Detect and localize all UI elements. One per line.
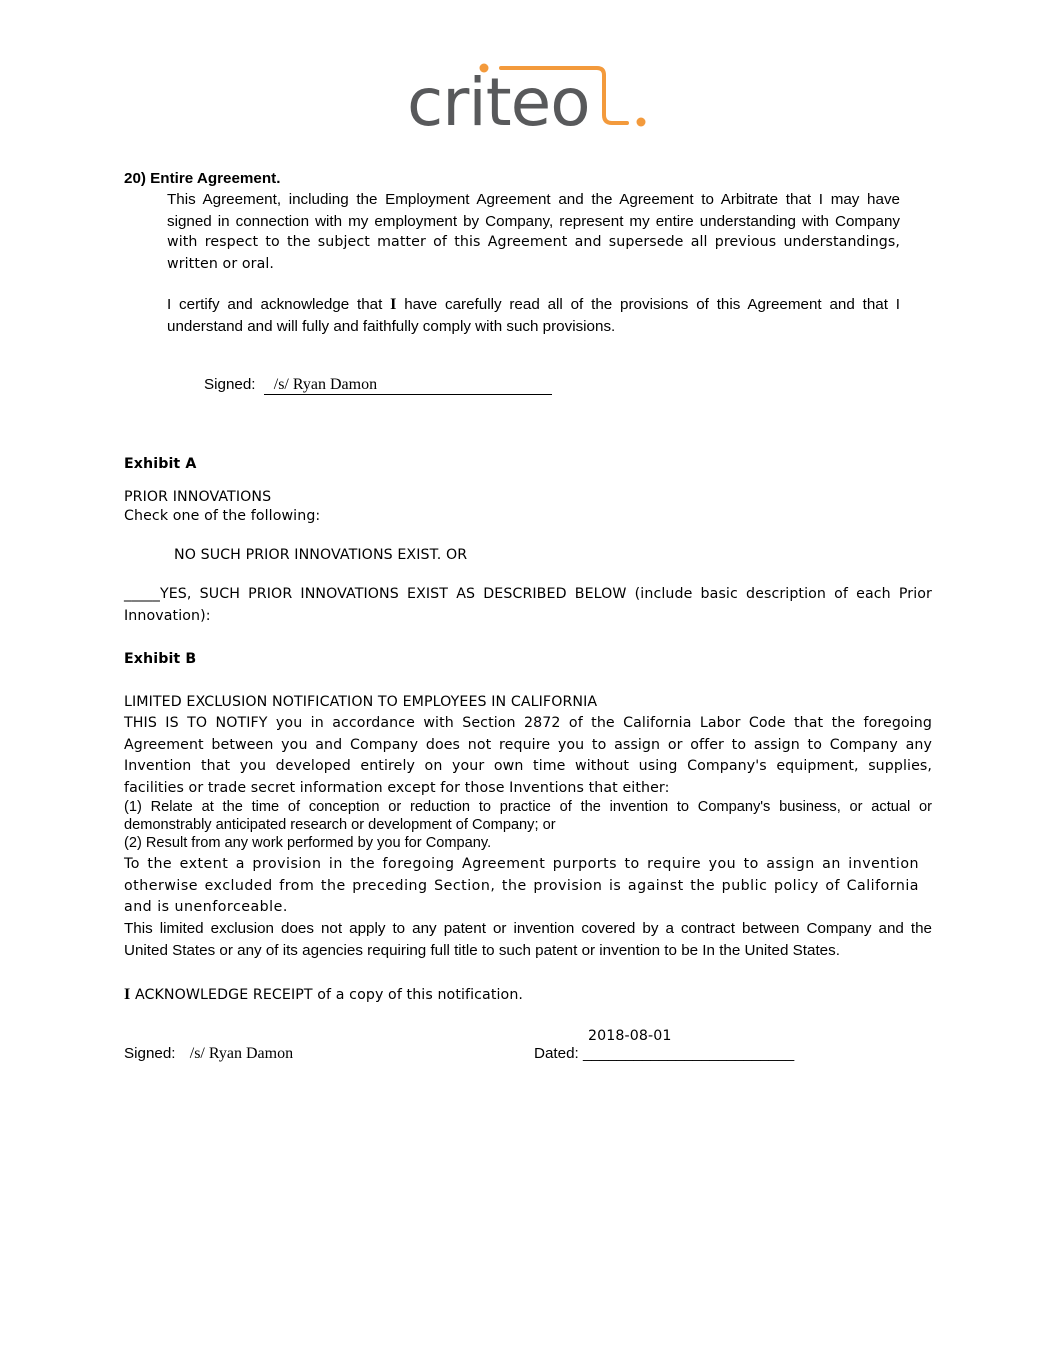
option-no-prior-innovations: NO SUCH PRIOR INNOVATIONS EXIST. OR <box>174 547 467 563</box>
paragraph-line: signed in connection with my employment … <box>167 213 900 235</box>
paragraph-line: Invention that you developed entirely on… <box>124 758 932 780</box>
paragraph-line: This limited exclusion does not apply to… <box>124 920 932 942</box>
paragraph-line: and is unenforceable. <box>124 899 919 921</box>
acknowledge-receipt: I ACKNOWLEDGE RECEIPT of a copy of this … <box>124 986 523 1004</box>
paragraph-line: otherwise excluded from the preceding Se… <box>124 878 919 900</box>
paragraph-line: (1) Relate at the time of conception or … <box>124 799 932 817</box>
section-20-paragraph-1: This Agreement, including the Employment… <box>167 191 900 277</box>
dated-block: Dated: _________________________ <box>534 1045 794 1062</box>
logo-wordmark: criteo <box>407 64 590 135</box>
date-value: 2018-08-01 <box>588 1028 671 1044</box>
paragraph-line: _____YES, SUCH PRIOR INNOVATIONS EXIST A… <box>124 586 932 608</box>
paragraph-line: demonstrably anticipated research or dev… <box>124 817 932 835</box>
paragraph-line: understand and will fully and faithfully… <box>167 318 900 340</box>
exhibit-b-item-1: (1) Relate at the time of conception or … <box>124 799 932 835</box>
paragraph-line: written or oral. <box>167 256 900 278</box>
paragraph-line: This Agreement, including the Employment… <box>167 191 900 213</box>
exhibit-a-heading: Exhibit A <box>124 456 196 472</box>
criteo-logo-mark: criteo <box>405 55 655 135</box>
option-yes-prior-innovations: _____YES, SUCH PRIOR INNOVATIONS EXIST A… <box>124 586 932 629</box>
section-20-paragraph-2: I certify and acknowledge that I have ca… <box>167 296 900 339</box>
paragraph-line: THIS IS TO NOTIFY you in accordance with… <box>124 715 932 737</box>
exhibit-b-notify-paragraph: THIS IS TO NOTIFY you in accordance with… <box>124 715 932 801</box>
section-20-signature-block: Signed: /s/ Ryan Damon <box>204 376 552 395</box>
exhibit-a-title: PRIOR INNOVATIONS <box>124 489 271 505</box>
section-20-heading: 20) Entire Agreement. <box>124 170 280 187</box>
paragraph-line: To the extent a provision in the foregoi… <box>124 856 919 878</box>
checkbox-blank[interactable]: _____ <box>124 586 160 602</box>
paragraph-line: I certify and acknowledge that I have ca… <box>167 296 900 318</box>
signature-value: /s/ Ryan Damon <box>190 1045 293 1062</box>
exhibit-b-signature-block: Signed: /s/ Ryan Damon <box>124 1045 293 1063</box>
exhibit-b-item-2: (2) Result from any work performed by yo… <box>124 835 491 851</box>
date-field-line[interactable]: _________________________ <box>583 1045 794 1062</box>
exhibit-b-title: LIMITED EXCLUSION NOTIFICATION TO EMPLOY… <box>124 694 597 710</box>
exhibit-a-instruction: Check one of the following: <box>124 508 320 524</box>
signature-value: /s/ Ryan Damon <box>274 376 377 393</box>
signed-label: Signed: <box>204 376 256 393</box>
exhibit-b-heading: Exhibit B <box>124 651 196 667</box>
dated-label: Dated: <box>534 1045 579 1062</box>
paragraph-line: facilities or trade secret information e… <box>124 780 932 802</box>
signature-field: /s/ Ryan Damon <box>264 376 552 395</box>
paragraph-line: with respect to the subject matter of th… <box>167 234 900 256</box>
criteo-logo: criteo <box>405 55 655 135</box>
exhibit-b-limited-paragraph: This limited exclusion does not apply to… <box>124 920 932 963</box>
exhibit-b-extent-paragraph: To the extent a provision in the foregoi… <box>124 856 919 921</box>
signed-label: Signed: <box>124 1045 176 1062</box>
paragraph-line: Agreement between you and Company does n… <box>124 737 932 759</box>
paragraph-line: Innovation): <box>124 608 932 630</box>
paragraph-line: United States or any of its agencies req… <box>124 942 932 964</box>
